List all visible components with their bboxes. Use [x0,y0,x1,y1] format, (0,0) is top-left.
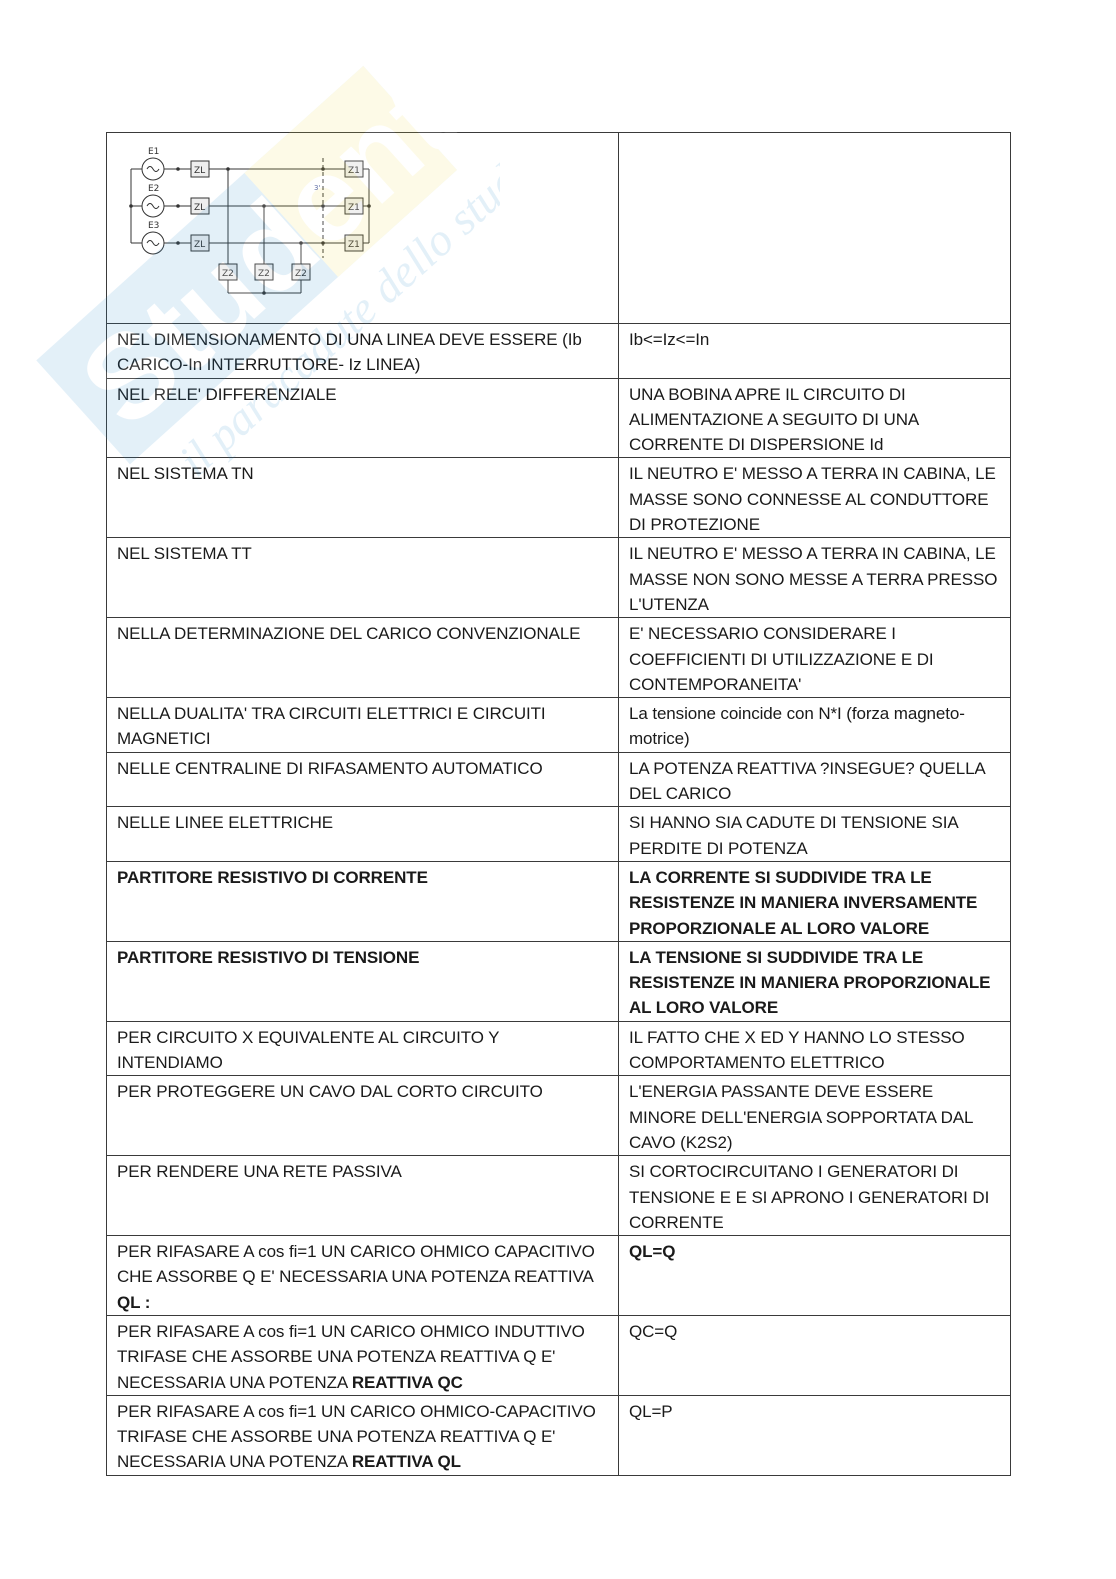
answer-cell: La tensione coincide con N*I (forza magn… [619,698,1011,753]
question-cell: PER RENDERE UNA RETE PASSIVA [107,1156,619,1236]
svg-text:E3: E3 [148,221,159,231]
answer-cell: QL=Q [619,1236,1011,1316]
svg-text:ZL: ZL [194,240,205,250]
answer-cell: E' NECESSARIO CONSIDERARE I COEFFICIENTI… [619,618,1011,698]
svg-text:ZL: ZL [194,203,205,213]
answer-cell: QL=P [619,1395,1011,1475]
table-row: PER PROTEGGERE UN CAVO DAL CORTO CIRCUIT… [107,1076,1011,1156]
question-cell: NELLA DUALITA' TRA CIRCUITI ELETTRICI E … [107,698,619,753]
question-cell: PER PROTEGGERE UN CAVO DAL CORTO CIRCUIT… [107,1076,619,1156]
answer-cell: L'ENERGIA PASSANTE DEVE ESSERE MINORE DE… [619,1076,1011,1156]
answer-cell: LA POTENZA REATTIVA ?INSEGUE? QUELLA DEL… [619,752,1011,807]
svg-text:Z2: Z2 [258,269,270,279]
table-row: PER RIFASARE A cos fi=1 UN CARICO OHMICO… [107,1315,1011,1395]
answer-cell: IL FATTO CHE X ED Y HANNO LO STESSO COMP… [619,1021,1011,1076]
question-cell: PER CIRCUITO X EQUIVALENTE AL CIRCUITO Y… [107,1021,619,1076]
question-cell: NEL SISTEMA TN [107,458,619,538]
table-row: NEL DIMENSIONAMENTO DI UNA LINEA DEVE ES… [107,324,1011,379]
table-row: NELLE LINEE ELETTRICHESI HANNO SIA CADUT… [107,807,1011,862]
question-cell: NELLE LINEE ELETTRICHE [107,807,619,862]
svg-text:Z1: Z1 [348,166,360,176]
table-row: PER RIFASARE A cos fi=1 UN CARICO OHMICO… [107,1236,1011,1316]
table-row: NEL SISTEMA TTIL NEUTRO E' MESSO A TERRA… [107,538,1011,618]
svg-text:ZL: ZL [194,166,205,176]
figure-row: E1 E2 E3 ZL ZL ZL Z1 Z1 Z1 Z2 Z2 Z2 3' [107,133,1011,324]
question-emphasis: REATTIVA QL [352,1452,461,1471]
answer-cell: QC=Q [619,1315,1011,1395]
table-row: NELLA DETERMINAZIONE DEL CARICO CONVENZI… [107,618,1011,698]
question-emphasis: QL : [117,1293,150,1312]
table-row: PER RENDERE UNA RETE PASSIVASI CORTOCIRC… [107,1156,1011,1236]
question-cell: PER RIFASARE A cos fi=1 UN CARICO OHMICO… [107,1315,619,1395]
question-cell: NELLE CENTRALINE DI RIFASAMENTO AUTOMATI… [107,752,619,807]
question-cell: PARTITORE RESISTIVO DI TENSIONE [107,941,619,1021]
answer-cell: LA TENSIONE SI SUDDIVIDE TRA LE RESISTEN… [619,941,1011,1021]
answer-cell: IL NEUTRO E' MESSO A TERRA IN CABINA, LE… [619,538,1011,618]
svg-text:3': 3' [314,184,320,192]
table-row: NEL SISTEMA TNIL NEUTRO E' MESSO A TERRA… [107,458,1011,538]
answer-cell: Ib<=Iz<=In [619,324,1011,379]
qa-table: E1 E2 E3 ZL ZL ZL Z1 Z1 Z1 Z2 Z2 Z2 3' [106,132,1011,1476]
svg-text:E1: E1 [148,147,159,157]
question-emphasis: REATTIVA QC [352,1373,463,1392]
svg-text:Z1: Z1 [348,203,360,213]
answer-cell: LA CORRENTE SI SUDDIVIDE TRA LE RESISTEN… [619,861,1011,941]
answer-cell: SI CORTOCIRCUITANO I GENERATORI DI TENSI… [619,1156,1011,1236]
svg-text:Z1: Z1 [348,240,360,250]
circuit-figure-cell: E1 E2 E3 ZL ZL ZL Z1 Z1 Z1 Z2 Z2 Z2 3' [107,133,619,324]
answer-cell: IL NEUTRO E' MESSO A TERRA IN CABINA, LE… [619,458,1011,538]
table-row: PER CIRCUITO X EQUIVALENTE AL CIRCUITO Y… [107,1021,1011,1076]
question-cell: PARTITORE RESISTIVO DI CORRENTE [107,861,619,941]
svg-text:Z2: Z2 [295,269,307,279]
empty-cell [619,133,1011,324]
three-phase-circuit-diagram: E1 E2 E3 ZL ZL ZL Z1 Z1 Z1 Z2 Z2 Z2 3' [121,138,371,303]
svg-text:E2: E2 [148,184,159,194]
question-cell: PER RIFASARE A cos fi=1 UN CARICO OHMICO… [107,1395,619,1475]
table-row: PER RIFASARE A cos fi=1 UN CARICO OHMICO… [107,1395,1011,1475]
answer-cell: UNA BOBINA APRE IL CIRCUITO DI ALIMENTAZ… [619,378,1011,458]
answer-cell: SI HANNO SIA CADUTE DI TENSIONE SIA PERD… [619,807,1011,862]
question-cell: NEL RELE' DIFFERENZIALE [107,378,619,458]
question-cell: NELLA DETERMINAZIONE DEL CARICO CONVENZI… [107,618,619,698]
question-text: PER RIFASARE A cos fi=1 UN CARICO OHMICO… [117,1242,595,1286]
question-cell: PER RIFASARE A cos fi=1 UN CARICO OHMICO… [107,1236,619,1316]
question-cell: NEL DIMENSIONAMENTO DI UNA LINEA DEVE ES… [107,324,619,379]
table-row: PARTITORE RESISTIVO DI CORRENTELA CORREN… [107,861,1011,941]
table-row: NEL RELE' DIFFERENZIALEUNA BOBINA APRE I… [107,378,1011,458]
svg-text:Z2: Z2 [222,269,234,279]
table-row: NELLE CENTRALINE DI RIFASAMENTO AUTOMATI… [107,752,1011,807]
question-cell: NEL SISTEMA TT [107,538,619,618]
table-row: PARTITORE RESISTIVO DI TENSIONELA TENSIO… [107,941,1011,1021]
table-row: NELLA DUALITA' TRA CIRCUITI ELETTRICI E … [107,698,1011,753]
